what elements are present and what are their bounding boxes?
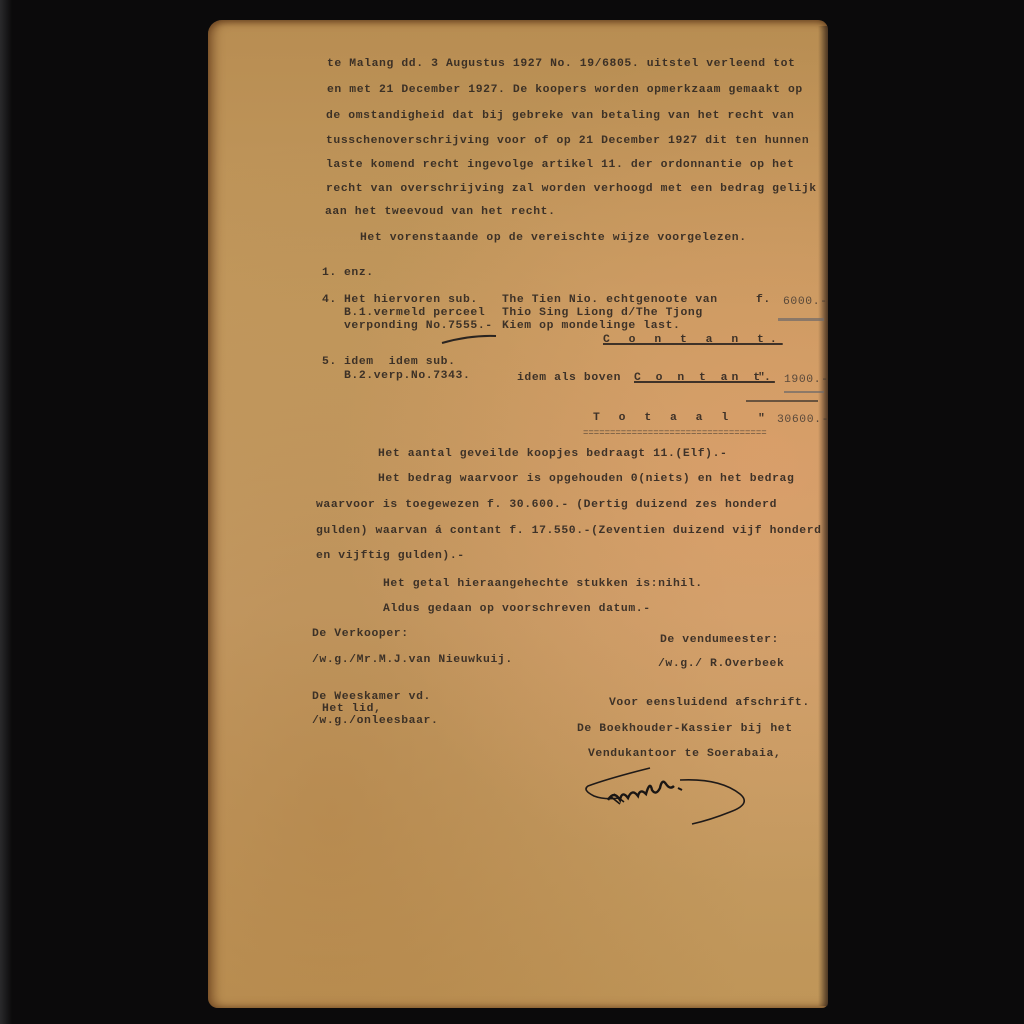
item-amount: 6000.- [783,296,828,308]
certification-line-1: Voor eensluidend afschrift. [609,697,810,709]
amount-rule [778,318,824,321]
total-label: T o t a a l [593,412,734,424]
page-edge-shadow [818,26,828,1006]
item-description: B.1.vermeld perceel [344,307,485,319]
paragraph-line-3: de omstandigheid dat bij gebreke van bet… [326,110,794,122]
item-buyer: Thio Sing Liong d/The Tjong [502,307,703,319]
item-description: verponding No.7555.- [344,320,493,332]
paragraph-line-7: aan het tweevoud van het recht. [325,206,556,218]
item-number: 4. [322,294,337,306]
auctioneer-label: De vendumeester: [660,634,779,646]
certification-line-2: De Boekhouder-Kassier bij het [577,723,793,735]
pencil-underline [440,332,500,351]
handwritten-signature-icon [580,760,760,837]
item-description: Het hiervoren sub. [344,294,478,306]
summary-line-1: Het aantal geveilde koopjes bedraagt 11.… [378,448,727,460]
item-description: enz. [344,267,374,279]
item-currency: " [758,372,765,384]
attachments-statement: Het getal hieraangehechte stukken is:nih… [383,578,703,590]
item-description: idem idem sub. [344,356,456,368]
item-number: 1. [322,267,337,279]
item-payment: C o n t an t. [634,372,775,384]
orphan-chamber-line-3: /w.g./onleesbaar. [312,715,438,727]
item-payment: C o n t a n t. [603,334,783,346]
auctioneer-name: /w.g./ R.Overbeek [658,658,784,670]
summary-line-2: Het bedrag waarvoor is opgehouden 0(niet… [378,473,794,485]
paragraph-line-6: recht van overschrijving zal worden verh… [326,183,817,195]
total-currency: " [758,413,765,425]
backdrop-edge [0,0,12,1024]
subtotal-rule [746,400,818,402]
paragraph-line-1: te Malang dd. 3 Augustus 1927 No. 19/680… [327,58,795,70]
paragraph-line-4: tusschenoverschrijving voor of op 21 Dec… [326,135,809,147]
closing-statement: Aldus gedaan op voorschreven datum.- [383,603,651,615]
item-buyer: The Tien Nio. echtgenoote van [502,294,718,306]
total-amount: 30600.- [777,414,829,426]
seller-label: De Verkooper: [312,628,409,640]
read-aloud-statement: Het vorenstaande op de vereischte wijze … [360,232,747,244]
certification-line-3: Vendukantoor te Soerabaia, [588,748,781,760]
item-buyer: Kiem op mondelinge last. [502,320,680,332]
item-buyer: idem als boven [517,372,621,384]
orphan-chamber-line-2: Het lid, [322,703,381,715]
item-number: 5. [322,356,337,368]
item-description: B.2.verp.No.7343. [344,370,470,382]
item-amount: 1900.- [784,374,829,386]
total-double-rule: ================================== [583,428,767,438]
summary-line-4: gulden) waarvan á contant f. 17.550.-(Ze… [316,525,822,537]
summary-line-5: en vijftig gulden).- [316,550,465,562]
summary-line-3: waarvoor is toegewezen f. 30.600.- (Dert… [316,499,777,511]
seller-name: /w.g./Mr.M.J.van Nieuwkuij. [312,654,513,666]
orphan-chamber-line-1: De Weeskamer vd. [312,691,431,703]
amount-rule [784,391,824,393]
paragraph-line-2: en met 21 December 1927. De koopers word… [327,84,803,96]
item-currency: f. [756,294,771,306]
paragraph-line-5: laste komend recht ingevolge artikel 11.… [326,159,794,171]
